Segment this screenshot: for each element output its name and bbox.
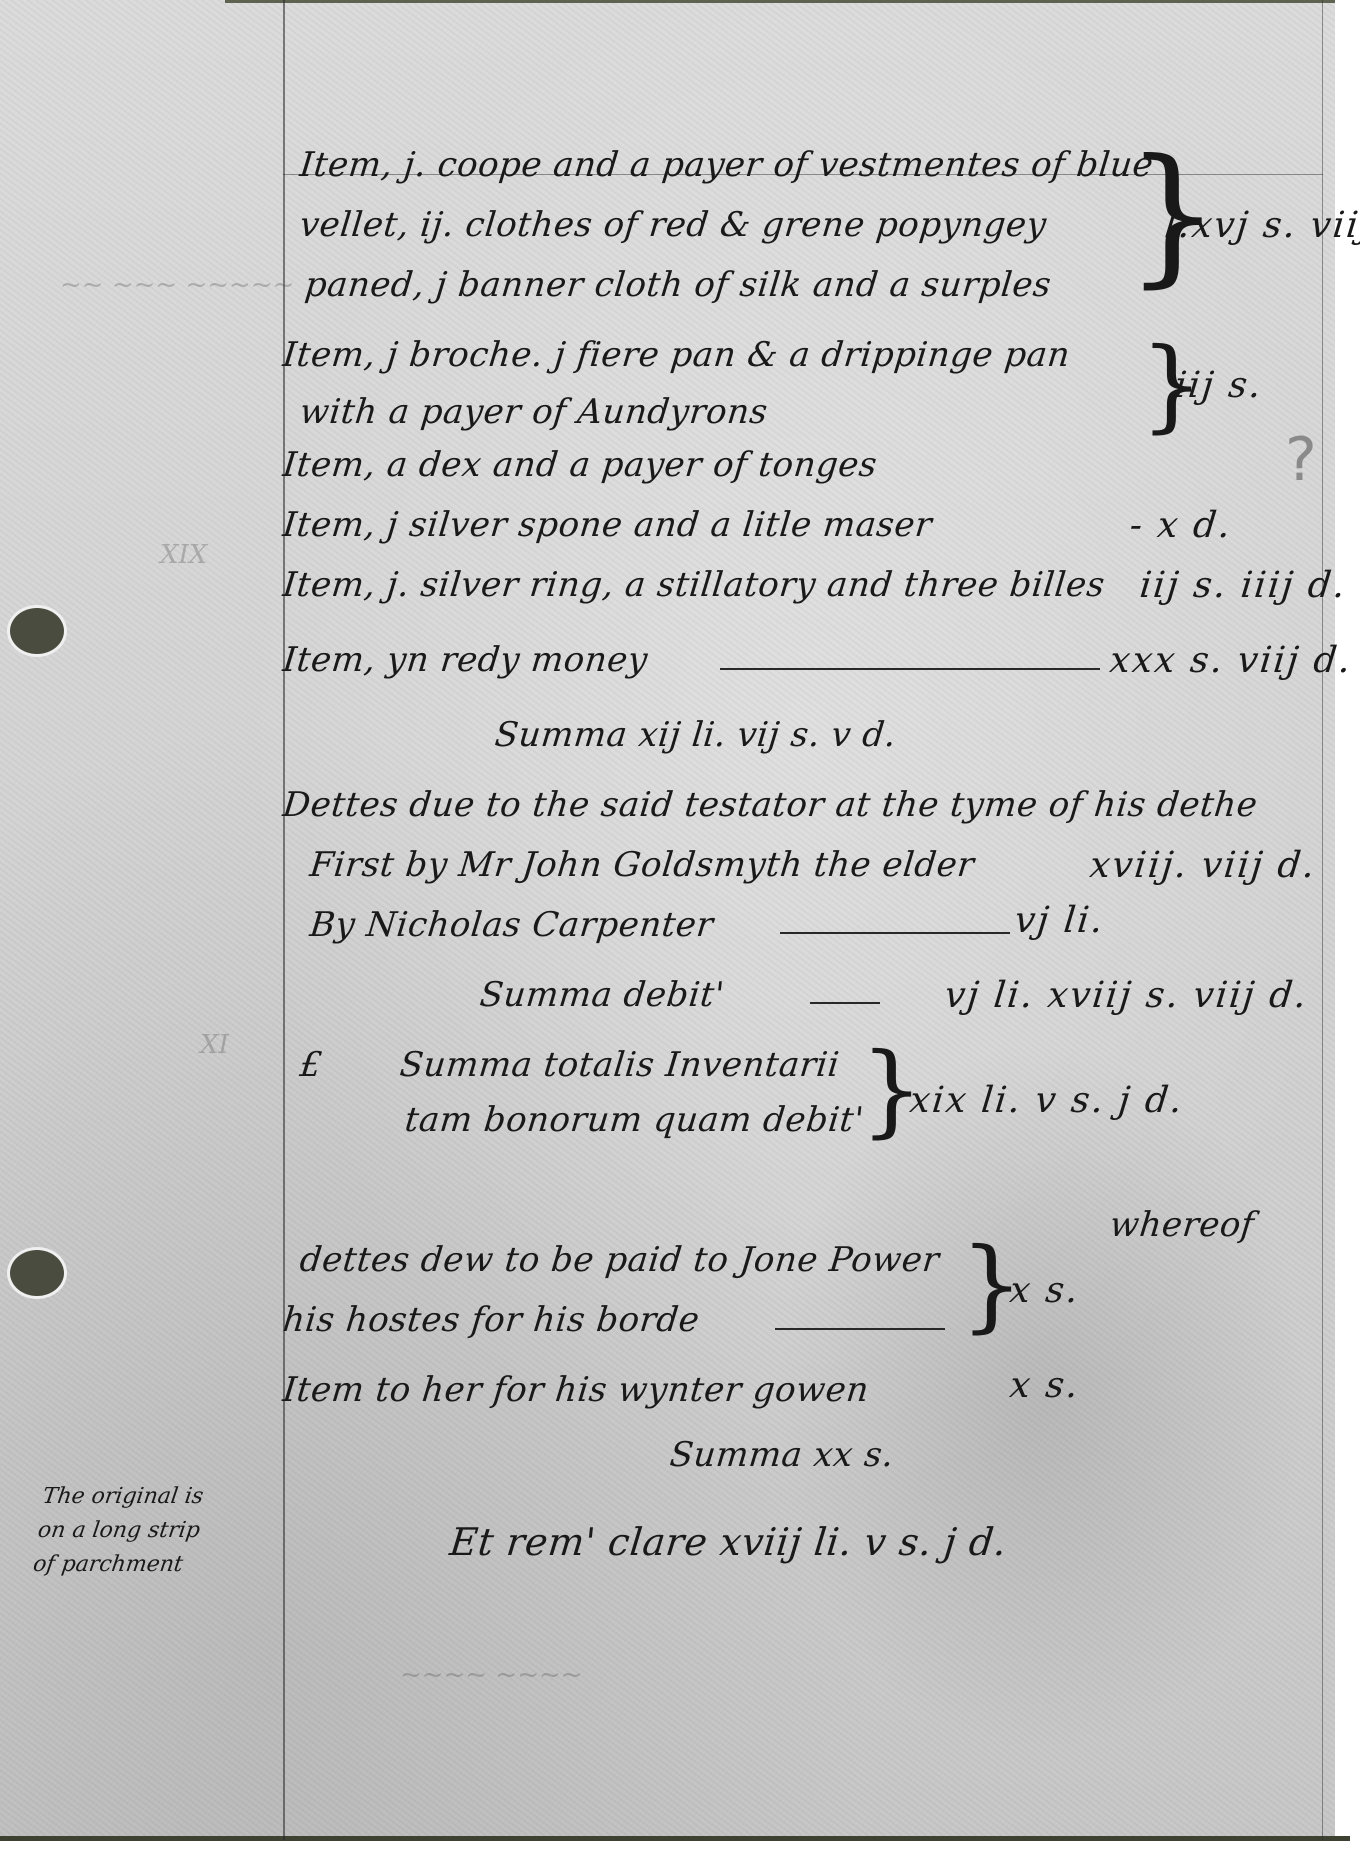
margin-note-line: The original is	[40, 1480, 207, 1514]
top-edge	[225, 0, 1335, 3]
entry-line: Item, a dex and a payer of tonges	[281, 445, 879, 485]
show-through-text: ~~~~ ~~~~	[400, 1660, 583, 1690]
entry-line: Item, j. coope and a payer of vestmentes…	[298, 145, 1155, 185]
debt-line: By Nicholas Carpenter	[308, 905, 716, 945]
entry-amount: xxx s. viij d.	[1108, 640, 1354, 681]
debt-amount: xviij. viij d.	[1088, 845, 1318, 886]
owed-amount: x s.	[1008, 1365, 1082, 1406]
margin-note-line: of parchment	[31, 1548, 198, 1582]
show-through-text: ~~ ~~~ ~~~~~	[60, 270, 294, 300]
debts-heading: Dettes due to the said testator at the t…	[281, 785, 1260, 825]
entry-line: with a payer of Aundyrons	[298, 392, 770, 432]
leader-line	[810, 1002, 880, 1004]
entry-amount: - x d.	[1128, 505, 1234, 546]
punch-hole-icon	[10, 608, 64, 654]
margin-note-line: on a long strip	[36, 1514, 203, 1548]
owed-amount: x s.	[1008, 1270, 1082, 1311]
entry-amount: l.xvj s. viij d.	[1163, 205, 1360, 246]
summa-totalis-line: Summa totalis Inventarii	[398, 1045, 842, 1085]
show-through-text: XIX	[160, 540, 207, 570]
entry-line: Item, yn redy money	[281, 640, 650, 680]
entry-amount: iij s.	[1173, 365, 1265, 406]
show-through-text: XI	[200, 1030, 229, 1060]
entry-line: paned, j banner cloth of silk and a surp…	[303, 265, 1053, 305]
leader-line	[780, 932, 1010, 934]
summa-owed: Summa xx s.	[668, 1435, 896, 1475]
margin-note: The original is on a long strip of parch…	[31, 1480, 207, 1582]
summa-debit-amount: vj li. xviij s. viij d.	[943, 975, 1310, 1016]
entry-line: vellet, ij. clothes of red & grene popyn…	[298, 205, 1049, 245]
leader-line	[775, 1328, 945, 1330]
entry-line: Item, j broche. j fiere pan & a dripping…	[281, 335, 1072, 375]
entry-line: Item, j. silver ring, a stillatory and t…	[281, 565, 1107, 605]
summa-totalis-amount: xix li. v s. j d.	[908, 1080, 1186, 1121]
summa-totalis-line: tam bonorum quam debit'	[403, 1100, 866, 1140]
owed-line: his hostes for his borde	[281, 1300, 702, 1340]
pound-marker: £	[298, 1045, 324, 1085]
summa-debit-label: Summa debit'	[478, 975, 727, 1015]
bottom-edge	[0, 1836, 1350, 1841]
right-margin-rule	[1322, 0, 1323, 1840]
owed-line: dettes dew to be paid to Jone Power	[298, 1240, 942, 1280]
summa-goods: Summa xij li. vij s. v d.	[493, 715, 898, 755]
debt-amount: vj li.	[1013, 900, 1107, 941]
query-mark: ?	[1285, 425, 1317, 495]
owed-line: Item to her for his wynter gowen	[281, 1370, 871, 1410]
leader-line	[720, 668, 1100, 670]
entry-line: Item, j silver spone and a litle maser	[281, 505, 934, 545]
entry-amount: iij s. iiij d.	[1138, 565, 1349, 606]
debt-line: First by Mr John Goldsmyth the elder	[308, 845, 976, 885]
et-rem-clare: Et rem' clare xviij li. v s. j d.	[448, 1520, 1009, 1564]
whereof-note: whereof	[1108, 1205, 1256, 1245]
document-sheet: ~~ ~~~ ~~~~~ XIX XI ~~~~ ~~~~ Item, j. c…	[0, 0, 1335, 1840]
punch-hole-icon	[10, 1250, 64, 1296]
